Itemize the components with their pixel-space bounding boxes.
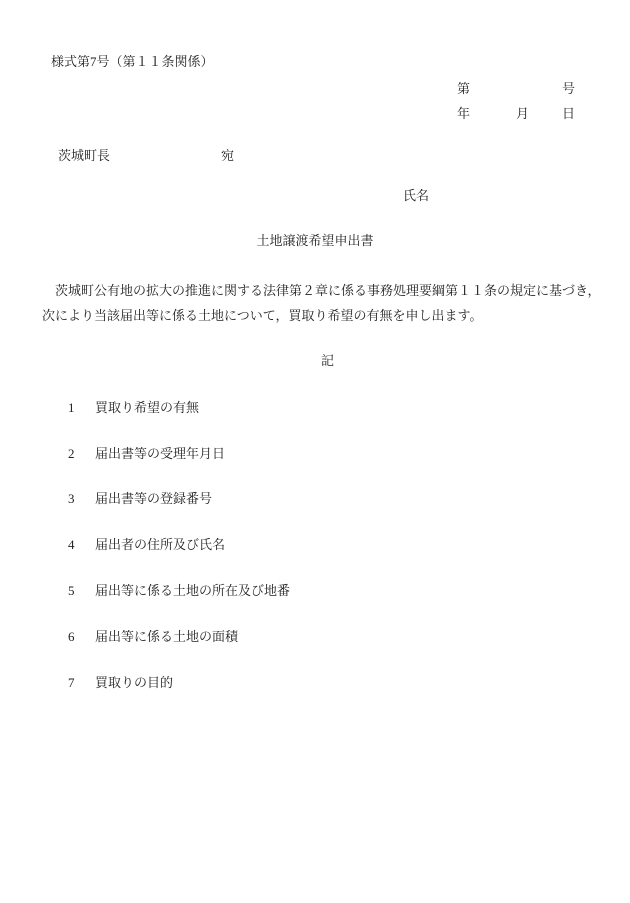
list-item-number: 2: [68, 446, 95, 462]
addressee-honorific: 宛: [221, 148, 234, 164]
list-item-label: 買取りの目的: [95, 675, 173, 690]
addressee-name: 茨城町長: [58, 148, 110, 164]
document-page: 様式第7号（第１１条関係） 第 号 年 月 日 茨城町長 宛 氏名 土地譲渡希望…: [0, 0, 630, 903]
list-item-label: 届出等に係る土地の所在及び地番: [95, 583, 290, 598]
list-item-label: 届出等に係る土地の面積: [95, 629, 238, 644]
list-item-label: 届出者の住所及び氏名: [95, 537, 225, 552]
body-paragraph: 茨城町公有地の拡大の推進に関する法律第２章に係る事務処理要綱第１１条の規定に基づ…: [42, 278, 590, 328]
list-item-number: 6: [68, 629, 95, 645]
list-item-label: 届出書等の受理年月日: [95, 446, 225, 461]
list-item-number: 4: [68, 537, 95, 553]
date-year-label: 年: [457, 106, 470, 122]
list-item: 4届出者の住所及び氏名: [68, 537, 225, 553]
record-marker: 記: [321, 353, 334, 369]
list-item: 1買取り希望の有無: [68, 400, 199, 416]
list-item: 3届出書等の登録番号: [68, 491, 212, 507]
list-item: 6届出等に係る土地の面積: [68, 629, 238, 645]
date-month-label: 月: [516, 106, 529, 122]
document-title: 土地譲渡希望申出書: [0, 233, 630, 249]
list-item-label: 買取り希望の有無: [95, 400, 199, 415]
list-item: 5届出等に係る土地の所在及び地番: [68, 583, 290, 599]
form-number: 様式第7号（第１１条関係）: [51, 54, 214, 70]
list-item-number: 5: [68, 583, 95, 599]
list-item-number: 3: [68, 491, 95, 507]
body-paragraph-line-2: 次により当該届出等に係る土地について，買取り希望の有無を申し出ます。: [42, 303, 590, 328]
list-item-number: 1: [68, 400, 95, 416]
list-item: 7買取りの目的: [68, 675, 173, 691]
date-day-label: 日: [562, 106, 575, 122]
body-paragraph-line-1: 茨城町公有地の拡大の推進に関する法律第２章に係る事務処理要綱第１１条の規定に基づ…: [42, 278, 590, 303]
name-field-label: 氏名: [403, 188, 429, 204]
doc-number-suffix: 号: [562, 81, 575, 97]
list-item: 2届出書等の受理年月日: [68, 446, 225, 462]
list-item-label: 届出書等の登録番号: [95, 491, 212, 506]
list-item-number: 7: [68, 675, 95, 691]
doc-number-prefix: 第: [457, 81, 470, 97]
